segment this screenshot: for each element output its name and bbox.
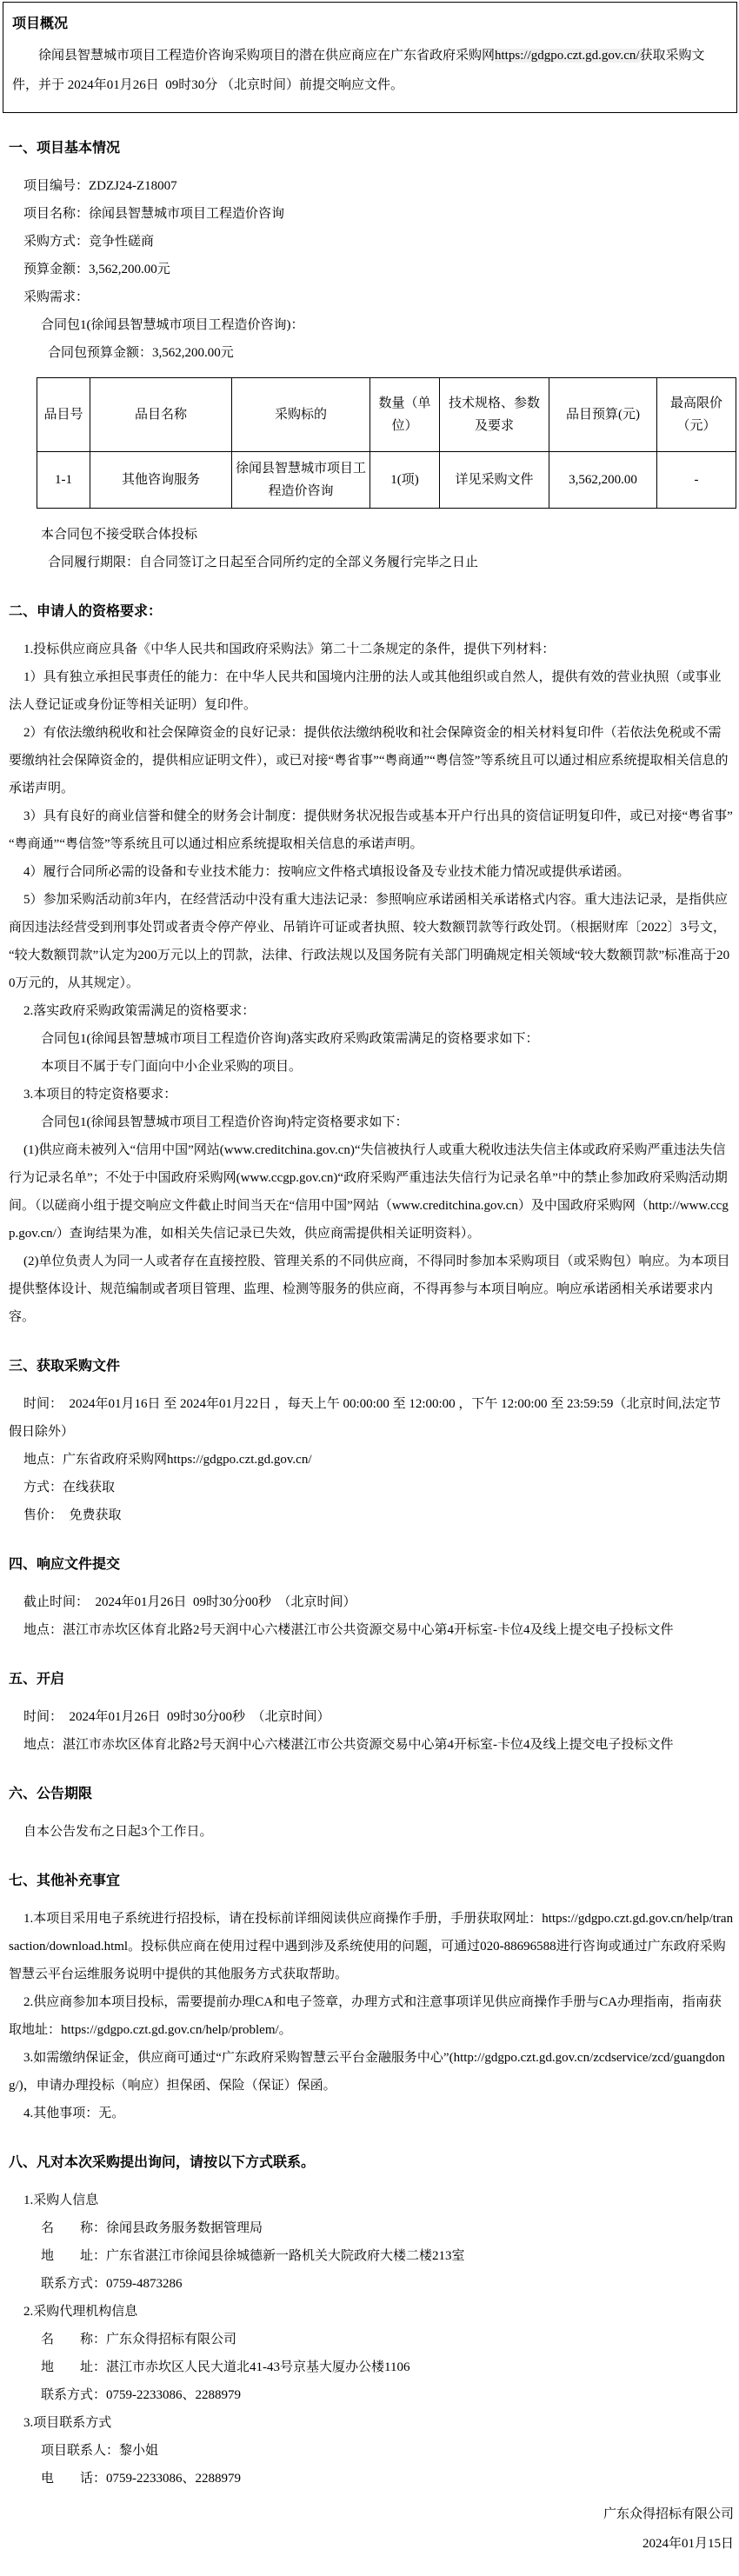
acquisition-method: 方式：在线获取 bbox=[9, 1474, 734, 1501]
specific-requirement-2: (2)单位负责人为同一人或者存在直接控股、管理关系的不同供应商，不得同时参加本采… bbox=[9, 1248, 734, 1331]
section-4-heading: 四、响应文件提交 bbox=[9, 1552, 734, 1578]
procurement-demand-label: 采购需求： bbox=[9, 283, 734, 311]
col-header-item-name: 品目名称 bbox=[90, 378, 232, 452]
col-header-spec: 技术规格、参数及要求 bbox=[440, 378, 549, 452]
document-body: 项目概况 徐闻县智慧城市项目工程造价咨询采购项目的潜在供应商应在广东省政府采购网… bbox=[0, 2, 739, 2576]
cell-price-cap: - bbox=[657, 452, 736, 509]
footer-date: 2024年01月15日 bbox=[0, 2529, 734, 2559]
qualification-item-3: 3）具有良好的商业信誉和健全的财务会计制度：提供财务状况报告或基本开户行出具的资… bbox=[9, 802, 734, 858]
section-2-heading: 二、申请人的资格要求： bbox=[9, 599, 734, 625]
project-contact-phone: 电 话：0759-2233086、2288979 bbox=[9, 2465, 734, 2493]
cell-budget: 3,562,200.00 bbox=[549, 452, 657, 509]
section-6-heading: 六、公告期限 bbox=[9, 1781, 734, 1807]
acquisition-price: 售价： 免费获取 bbox=[9, 1501, 734, 1529]
col-header-price-cap: 最高限价（元） bbox=[657, 378, 736, 452]
cell-item-name: 其他咨询服务 bbox=[90, 452, 232, 509]
agency-name: 名 称：广东众得招标有限公司 bbox=[9, 2326, 734, 2353]
qualification-item-5: 5）参加采购活动前3年内，在经营活动中没有重大违法记录：参照响应承诺函相关承诺格… bbox=[9, 886, 734, 997]
purchaser-address: 地 址：广东省湛江市徐闻县徐城德新一路机关大院政府大楼二楼213室 bbox=[9, 2242, 734, 2270]
cell-quantity: 1(项) bbox=[370, 452, 440, 509]
section-3-heading: 三、获取采购文件 bbox=[9, 1354, 734, 1380]
procurement-announcement-page: { "colors": { "background": "#ffffff", "… bbox=[0, 2, 739, 2576]
procurement-site-url: https://gdgpo.czt.gd.gov.cn/ bbox=[495, 49, 640, 63]
supplement-note-3: 3.如需缴纳保证金，供应商可通过“广东政府采购智慧云平台金融服务中心”(http… bbox=[9, 2044, 734, 2100]
policy-requirement-label: 2.落实政府采购政策需满足的资格要求： bbox=[9, 997, 734, 1025]
section-1-heading: 一、项目基本情况 bbox=[9, 136, 734, 162]
supplement-note-2: 2.供应商参加本项目投标，需要提前办理CA和电子签章，办理方式和注意事项详见供应… bbox=[9, 1988, 734, 2044]
agency-info-label: 2.采购代理机构信息 bbox=[9, 2298, 734, 2326]
contract-package-title: 合同包1(徐闻县智慧城市项目工程造价咨询)： bbox=[9, 311, 734, 339]
no-consortium-note: 本合同包不接受联合体投标 bbox=[9, 521, 734, 549]
col-header-subject: 采购标的 bbox=[232, 378, 370, 452]
overview-title: 项目概况 bbox=[12, 11, 722, 37]
qualification-item-1: 1）具有独立承担民事责任的能力：在中华人民共和国境内注册的法人或其他组织或自然人… bbox=[9, 663, 734, 719]
project-number: 项目编号：ZDZJ24-Z18007 bbox=[9, 172, 734, 200]
section-7-heading: 七、其他补充事宜 bbox=[9, 1868, 734, 1894]
qualification-intro: 1.投标供应商应具备《中华人民共和国政府采购法》第二十二条规定的条件，提供下列材… bbox=[9, 636, 734, 663]
cell-spec: 详见采购文件 bbox=[440, 452, 549, 509]
section-5-heading: 五、开启 bbox=[9, 1667, 734, 1693]
specific-requirement-1: (1)供应商未被列入“信用中国”网站(www.creditchina.gov.c… bbox=[9, 1136, 734, 1248]
table-header-row: 品目号 品目名称 采购标的 数量（单位） 技术规格、参数及要求 品目预算(元) … bbox=[37, 378, 736, 452]
footer-company: 广东众得招标有限公司 bbox=[0, 2499, 734, 2529]
cell-item-no: 1-1 bbox=[37, 452, 90, 509]
project-contact-label: 3.项目联系方式 bbox=[9, 2409, 734, 2437]
policy-requirement-note: 本项目不属于专门面向中小企业采购的项目。 bbox=[9, 1053, 734, 1081]
acquisition-time: 时间： 2024年01月16日 至 2024年01月22日 ，每天上午 00:0… bbox=[9, 1390, 734, 1446]
project-name: 项目名称：徐闻县智慧城市项目工程造价咨询 bbox=[9, 200, 734, 228]
supplement-note-1: 1.本项目采用电子系统进行招投标，请在投标前详细阅读供应商操作手册，手册获取网址… bbox=[9, 1905, 734, 1988]
cell-subject: 徐闻县智慧城市项目工程造价咨询 bbox=[232, 452, 370, 509]
col-header-item-no: 品目号 bbox=[37, 378, 90, 452]
specific-requirement-label: 3.本项目的特定资格要求： bbox=[9, 1081, 734, 1108]
signature-block: 广东众得招标有限公司 2024年01月15日 bbox=[0, 2499, 739, 2559]
acquisition-place: 地点：广东省政府采购网https://gdgpo.czt.gd.gov.cn/ bbox=[9, 1446, 734, 1474]
contract-performance-period: 合同履行期限：自合同签订之日起至合同所约定的全部义务履行完毕之日止 bbox=[9, 549, 734, 576]
project-contact-person: 项目联系人：黎小姐 bbox=[9, 2437, 734, 2465]
agency-contact: 联系方式：0759-2233086、2288979 bbox=[9, 2381, 734, 2409]
announcement-period: 自本公告发布之日起3个工作日。 bbox=[9, 1818, 734, 1846]
package-budget: 合同包预算金额：3,562,200.00元 bbox=[9, 339, 734, 367]
opening-time: 时间： 2024年01月26日 09时30分00秒 （北京时间） bbox=[9, 1703, 734, 1731]
col-header-quantity: 数量（单位） bbox=[370, 378, 440, 452]
section-8-heading: 八、凡对本次采购提出询问，请按以下方式联系。 bbox=[9, 2150, 734, 2176]
submission-deadline: 截止时间： 2024年01月26日 09时30分00秒 （北京时间） bbox=[9, 1588, 734, 1616]
budget-amount: 预算金额：3,562,200.00元 bbox=[9, 256, 734, 283]
col-header-budget: 品目预算(元) bbox=[549, 378, 657, 452]
procurement-method: 采购方式：竞争性磋商 bbox=[9, 228, 734, 256]
submission-place: 地点：湛江市赤坎区体育北路2号天润中心六楼湛江市公共资源交易中心第4开标室-卡位… bbox=[9, 1616, 734, 1644]
qualification-item-2: 2）有依法缴纳税收和社会保障资金的良好记录：提供依法缴纳税收和社会保障资金的相关… bbox=[9, 719, 734, 802]
qualification-item-4: 4）履行合同所必需的设备和专业技术能力：按响应文件格式填报设备及专业技术能力情况… bbox=[9, 858, 734, 886]
purchaser-contact: 联系方式：0759-4873286 bbox=[9, 2270, 734, 2298]
overview-text: 徐闻县智慧城市项目工程造价咨询采购项目的潜在供应商应在广东省政府采购网https… bbox=[12, 41, 722, 100]
agency-address: 地 址：湛江市赤坎区人民大道北41-43号京基大厦办公楼1106 bbox=[9, 2353, 734, 2381]
supplement-note-4: 4.其他事项：无。 bbox=[9, 2100, 734, 2127]
table-row: 1-1 其他咨询服务 徐闻县智慧城市项目工程造价咨询 1(项) 详见采购文件 3… bbox=[37, 452, 736, 509]
specific-requirement-package: 合同包1(徐闻县智慧城市项目工程造价咨询)特定资格要求如下： bbox=[9, 1108, 734, 1136]
purchaser-name: 名 称：徐闻县政务服务数据管理局 bbox=[9, 2214, 734, 2242]
opening-place: 地点：湛江市赤坎区体育北路2号天润中心六楼湛江市公共资源交易中心第4开标室-卡位… bbox=[9, 1731, 734, 1759]
purchaser-info-label: 1.采购人信息 bbox=[9, 2187, 734, 2214]
policy-requirement-package: 合同包1(徐闻县智慧城市项目工程造价咨询)落实政府采购政策需满足的资格要求如下： bbox=[9, 1025, 734, 1053]
project-overview-box: 项目概况 徐闻县智慧城市项目工程造价咨询采购项目的潜在供应商应在广东省政府采购网… bbox=[3, 2, 737, 113]
lot-items-table: 品目号 品目名称 采购标的 数量（单位） 技术规格、参数及要求 品目预算(元) … bbox=[37, 377, 736, 509]
overview-text-before: 徐闻县智慧城市项目工程造价咨询采购项目的潜在供应商应在广东省政府采购网 bbox=[38, 49, 495, 63]
